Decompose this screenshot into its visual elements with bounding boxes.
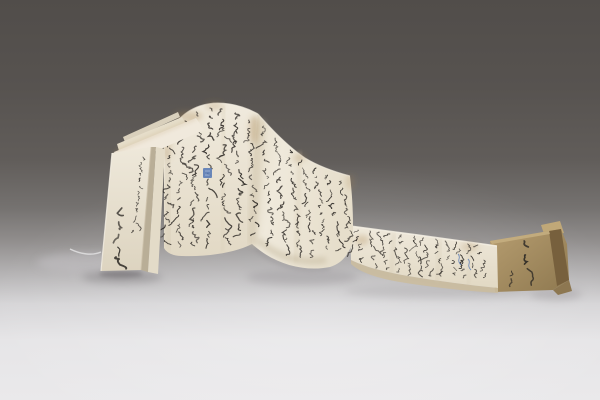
- seal-stamp-mark: [203, 168, 212, 178]
- standing-folded-book: [101, 147, 165, 274]
- museum-photograph: An old accordion-folded manuscript lette…: [0, 0, 600, 400]
- photo-rendering: [0, 0, 600, 400]
